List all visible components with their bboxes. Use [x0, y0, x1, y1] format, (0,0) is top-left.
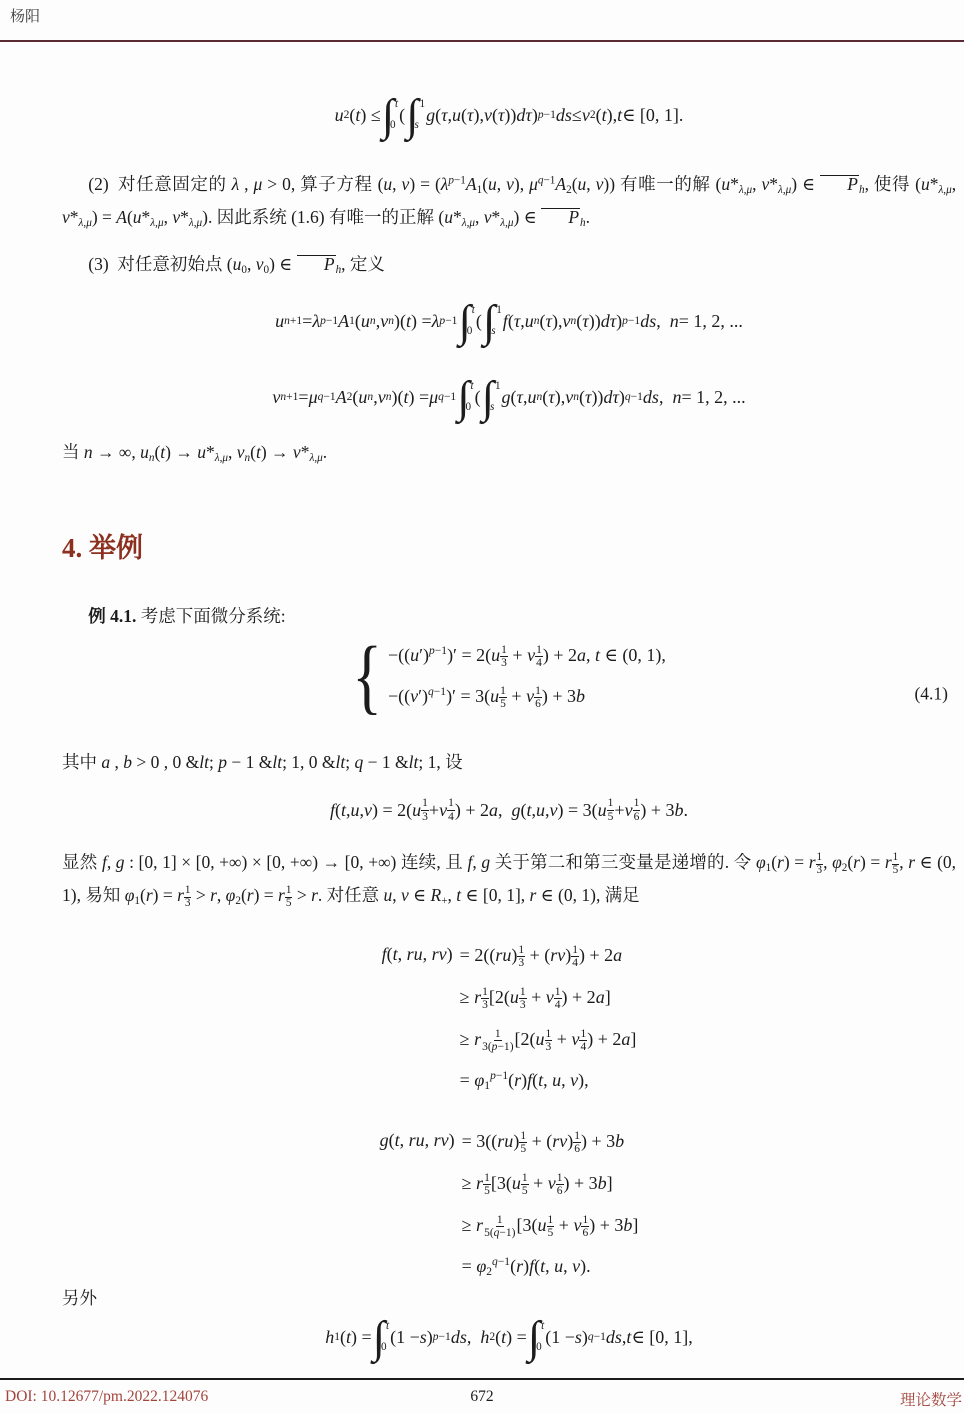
derivation-f-row: = 2((ru)13 + (rv)14) + 2a — [460, 944, 637, 969]
paragraph-monotone: 显然 f, g : [0, 1] × [0, +∞) × [0, +∞) → [… — [62, 846, 956, 912]
section-heading-examples: 4. 举例 — [62, 526, 143, 565]
derivation-g-row: ≥ r15[3(u15 + v16) + 3b] — [462, 1172, 639, 1197]
derivation-g-row: = φ2q−1(r)f(t, u, v). — [462, 1256, 639, 1277]
display-equation-fg: f(t, u, v) = 2(u13 + v14) + 2a, g(t, u, … — [62, 788, 956, 832]
author-name: 杨阳 — [10, 5, 40, 26]
footer-rule — [0, 1378, 964, 1380]
page: { "colors":{ "accent_heading":"#8c2f1f",… — [0, 0, 964, 1414]
derivation-f-lhs-empty — [382, 986, 453, 1011]
header-rule — [0, 40, 964, 42]
derivation-f-row: ≥ r13(p−1)[2(u13 + v14) + 2a] — [460, 1028, 637, 1053]
footer: DOI: 10.12677/pm.2022.124076 672 理论数学 — [0, 1388, 964, 1414]
derivation-f-lhs: f(t, ru, rv) — [382, 944, 453, 969]
derivation-g-lhs-empty — [380, 1256, 455, 1277]
derivation-f: f(t, ru, rv) = 2((ru)13 + (rv)14) + 2a ≥… — [62, 944, 956, 1091]
derivation-f-row: ≥ r13[2(u13 + v14) + 2a] — [460, 986, 637, 1011]
paragraph-parameters: 其中 a , b > 0 , 0 &lt; p − 1 &lt; 1, 0 &l… — [62, 746, 956, 779]
display-equation-u-iteration: un+1 = λp−1A1(un, vn)(t) = λp−1∫t0(∫1s f… — [62, 288, 956, 354]
paragraph-item-3: (3) 对任意初始点 (u0, v0) ∈ Ph, 定义 — [62, 248, 956, 281]
derivation-g-row: = 3((ru)15 + (rv)16) + 3b — [462, 1130, 639, 1155]
footer-journal-link[interactable]: 理论数学 — [900, 1388, 962, 1410]
system-line-2: −((v′)q−1)′ = 3(u15 + v16) + 3b — [388, 685, 585, 710]
example-label: 例 4.1. — [88, 606, 136, 626]
derivation-f-lhs-empty — [382, 1028, 453, 1053]
system-line-1: −((u′)p−1)′ = 2(u13 + v14) + 2a, t ∈ (0,… — [388, 644, 666, 669]
derivation-f-row: = φ1p−1(r)f(t, u, v), — [460, 1070, 637, 1091]
footer-page-number: 672 — [0, 1388, 964, 1406]
paragraph-item-2: (2) 对任意固定的 λ , μ > 0, 算子方程 (u, v) = (λp−… — [62, 168, 956, 234]
convergence-note: 当 n → ∞, un(t) → u*λ,μ, vn(t) → v*λ,μ. — [62, 436, 956, 469]
derivation-g: g(t, ru, rv) = 3((ru)15 + (rv)16) + 3b ≥… — [62, 1130, 956, 1277]
derivation-f-lhs-empty — [382, 1070, 453, 1091]
left-brace: { — [352, 635, 382, 719]
derivation-g-lhs-empty — [380, 1214, 455, 1239]
example-intro: 例 4.1. 考虑下面微分系统: — [62, 600, 956, 633]
display-equation-v-iteration: vn+1 = μq−1A2(un, vn)(t) = μq−1∫t0(∫1s g… — [62, 364, 956, 430]
example-sentence: 考虑下面微分系统: — [141, 606, 286, 626]
derivation-g-row: ≥ r15(q−1)[3(u15 + v16) + 3b] — [462, 1214, 639, 1239]
derivation-g-lhs: g(t, ru, rv) — [380, 1130, 455, 1155]
derivation-g-lhs-empty — [380, 1172, 455, 1197]
display-equation-u2: u2(t) ≤ ∫t0(∫1s g(τ, u(τ), v(τ))dτ)p−1ds… — [62, 84, 956, 146]
equation-number: (4.1) — [914, 684, 948, 705]
display-equation-h: h1(t) = ∫t0(1 − s)p−1ds, h2(t) = ∫t0(1 −… — [62, 1306, 956, 1368]
system-4-1: { −((u′)p−1)′ = 2(u13 + v14) + 2a, t ∈ (… — [62, 644, 956, 744]
